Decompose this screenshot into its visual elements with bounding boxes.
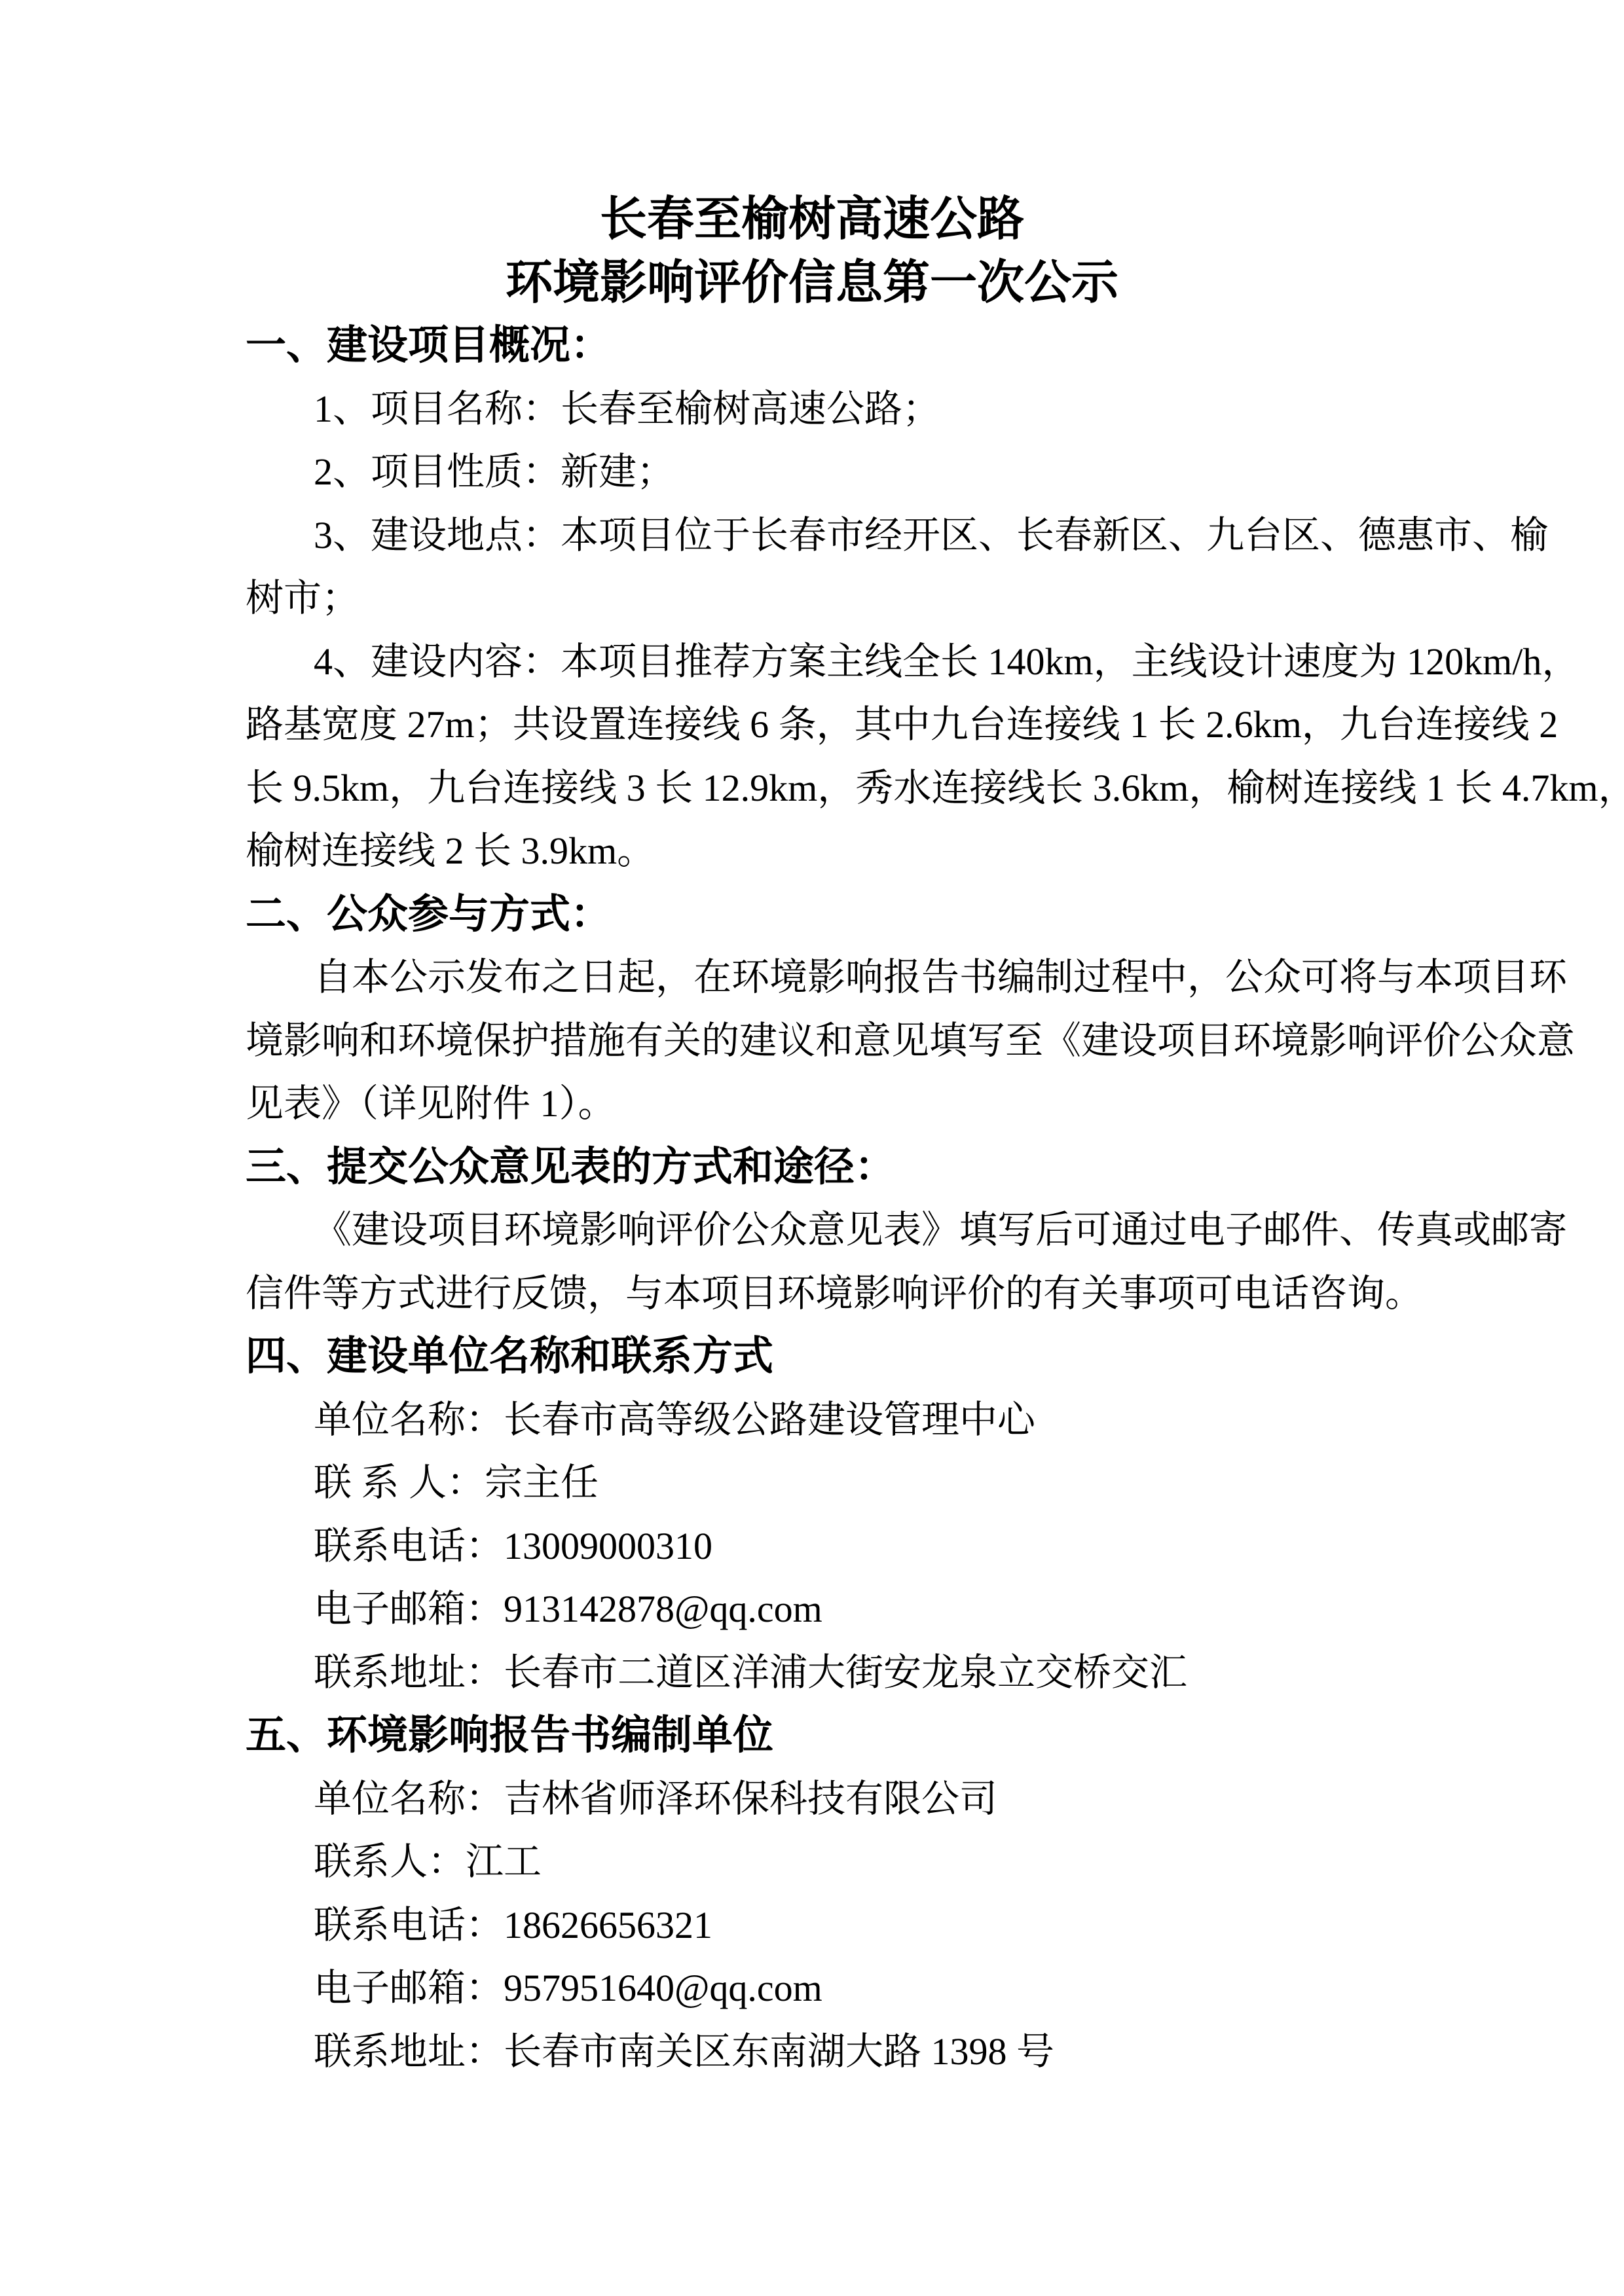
section1-heading: 一、建设项目概况：	[246, 314, 611, 377]
section1-item4-line2: 路基宽度 27m；共设置连接线 6 条，其中九台连接线 1 长 2.6km，九台…	[246, 693, 1378, 756]
section2-para-line3: 见表》（详见附件 1）。	[246, 1072, 616, 1135]
section4-contact-person: 联 系 人：宗主任	[314, 1451, 599, 1514]
section5-phone: 联系电话：18626656321	[314, 1894, 712, 1957]
section4-email: 电子邮箱：913142878@qq.com	[314, 1578, 822, 1641]
doc-title-line-2: 环境影响评价信息第一次公示	[0, 251, 1624, 314]
section1-item3-line2: 树市；	[246, 567, 360, 630]
section5-contact-person: 联系人：江工	[314, 1831, 542, 1893]
section5-email: 电子邮箱：957951640@qq.com	[314, 1957, 822, 2020]
section1-item4-line3: 长 9.5km，九台连接线 3 长 12.9km，秀水连接线长 3.6km，榆树…	[246, 757, 1378, 820]
document-page: 长春至榆树高速公路 环境影响评价信息第一次公示 一、建设项目概况： 1、项目名称…	[0, 0, 1624, 2296]
section2-heading: 二、公众参与方式：	[246, 883, 611, 946]
section4-heading: 四、建设单位名称和联系方式	[246, 1325, 773, 1388]
section3-para-line1: 《建设项目环境影响评价公众意见表》填写后可通过电子邮件、传真或邮寄	[314, 1199, 1378, 1262]
section4-unit-name: 单位名称：长春市高等级公路建设管理中心	[314, 1389, 1035, 1451]
section5-heading: 五、环境影响报告书编制单位	[246, 1704, 773, 1767]
section1-item4-line4: 榆树连接线 2 长 3.9km。	[246, 820, 655, 883]
section2-para-line1: 自本公示发布之日起，在环境影响报告书编制过程中，公众可将与本项目环	[314, 946, 1378, 1009]
section3-para-line2: 信件等方式进行反馈，与本项目环境影响评价的有关事项可电话咨询。	[246, 1262, 1423, 1325]
section5-unit-name: 单位名称：吉林省师泽环保科技有限公司	[314, 1768, 997, 1831]
section1-item4-line1: 4、建设内容：本项目推荐方案主线全长 140km，主线设计速度为 120km/h…	[314, 630, 1378, 693]
section1-item1: 1、项目名称：长春至榆树高速公路；	[314, 378, 940, 441]
section5-address: 联系地址：长春市南关区东南湖大路 1398 号	[314, 2020, 1054, 2083]
doc-title-line-1: 长春至榆树高速公路	[0, 188, 1624, 251]
section1-item2: 2、项目性质：新建；	[314, 441, 674, 503]
section2-para-line2: 境影响和环境保护措施有关的建议和意见填写至《建设项目环境影响评价公众意	[246, 1010, 1378, 1072]
section4-address: 联系地址：长春市二道区洋浦大街安龙泉立交桥交汇	[314, 1641, 1187, 1704]
section1-item3-line1: 3、建设地点：本项目位于长春市经开区、长春新区、九台区、德惠市、榆	[314, 504, 1378, 567]
section3-heading: 三、提交公众意见表的方式和途径：	[246, 1136, 895, 1199]
section4-phone: 联系电话：13009000310	[314, 1515, 712, 1578]
